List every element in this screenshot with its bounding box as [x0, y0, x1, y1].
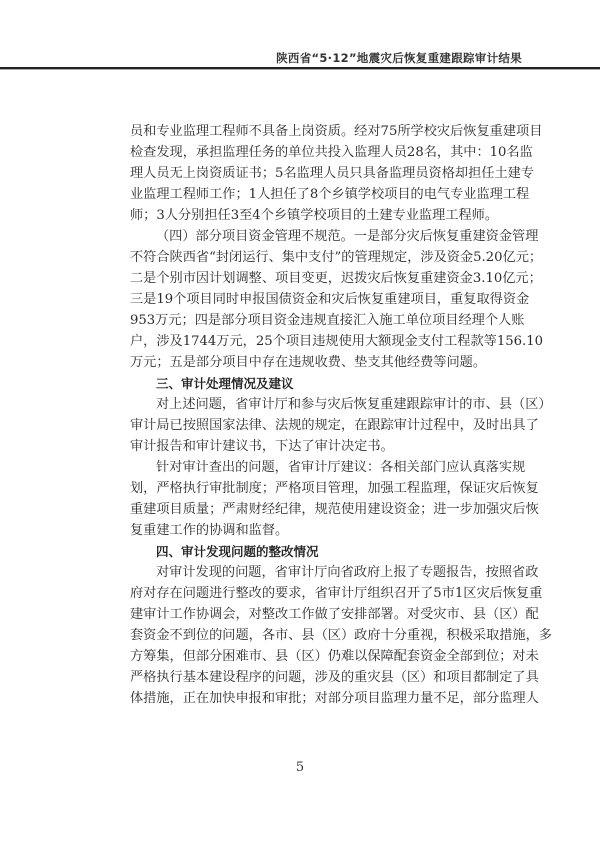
text-line: 理人员无上岗资质证书；5名监理人员只具备监理员资格却担任土建专 [130, 163, 460, 184]
text-line: 三是19个项目同时申报国债资金和灾后恢复重建项目，重复取得资金 [130, 289, 460, 310]
text-line: 业监理工程师工作；1人担任了8个乡镇学校项目的电气专业监理工程 [130, 184, 460, 205]
text-line: 师；3人分别担任3至4个乡镇学校项目的土建专业监理工程师。 [130, 205, 460, 226]
paragraph-start-line: 对审计发现的问题，省审计厅向省政府上报了专题报告，按照省政 [130, 562, 460, 583]
text-line: 审计局已按照国家法律、法规的规定，在跟踪审计过程中，及时出具了 [130, 415, 460, 436]
text-line: 划，严格执行审批制度；严格项目管理，加强工程监理，保证灾后恢复 [130, 478, 460, 499]
header-rule [0, 67, 600, 70]
text-line: 检查发现，承担监理任务的单位共投入监理人员28名，其中：10名监 [130, 142, 460, 163]
text-line: 体措施，正在加快申报和审批；对部分项目监理力量不足，部分监理人 [130, 688, 460, 709]
text-line: 府对存在问题进行整改的要求，省审计厅组织召开了5市1区灾后恢复重 [130, 583, 460, 604]
body-text: 员和专业监理工程师不具备上岗资质。经对75所学校灾后恢复重建项目 检查发现，承担… [130, 121, 460, 709]
text-line: 万元；五是部分项目中存在违规收费、垫支其他经费等问题。 [130, 352, 460, 373]
text-line: 方筹集，但部分困难市、县（区）仍难以保障配套资金全部到位；对未 [130, 646, 460, 667]
text-line: 重建项目质量；严肃财经纪律，规范使用建设资金；进一步加强灾后恢 [130, 499, 460, 520]
text-line: 严格执行基本建设程序的问题，涉及的重灾县（区）和项目都制定了具 [130, 667, 460, 688]
paragraph-start-line: 对上述问题，省审计厅和参与灾后恢复重建跟踪审计的市、县（区） [130, 394, 460, 415]
text-line: 953万元；四是部分项目资金违规直接汇入施工单位项目经理个人账 [130, 310, 460, 331]
text-line: 不符合陕西省“封闭运行、集中支付”的管理规定，涉及资金5.20亿元； [130, 247, 460, 268]
section-heading: 三、审计处理情况及建议 [130, 373, 460, 394]
text-line: 建审计工作协调会，对整改工作做了安排部署。对受灾市、县（区）配 [130, 604, 460, 625]
paragraph-start-line: （四）部分项目资金管理不规范。一是部分灾后恢复重建资金管理 [130, 226, 460, 247]
text-line: 二是个别市因计划调整、项目变更，迟拨灾后恢复重建资金3.10亿元； [130, 268, 460, 289]
text-line: 户，涉及1744万元，25个项目违规使用大额现金支付工程款等156.10 [130, 331, 460, 352]
paragraph-start-line: 针对审计查出的问题，省审计厅建议：各相关部门应认真落实规 [130, 457, 460, 478]
running-header-title: 陕西省“5·12”地震灾后恢复重建跟踪审计结果 [276, 50, 522, 66]
page-number: 5 [0, 760, 600, 775]
section-heading: 四、审计发现问题的整改情况 [130, 541, 460, 562]
text-line: 员和专业监理工程师不具备上岗资质。经对75所学校灾后恢复重建项目 [130, 121, 460, 142]
text-line: 套资金不到位的问题，各市、县（区）政府十分重视，积极采取措施，多 [130, 625, 460, 646]
text-line: 审计报告和审计建议书，下达了审计决定书。 [130, 436, 460, 457]
text-line: 复重建工作的协调和监督。 [130, 520, 460, 541]
